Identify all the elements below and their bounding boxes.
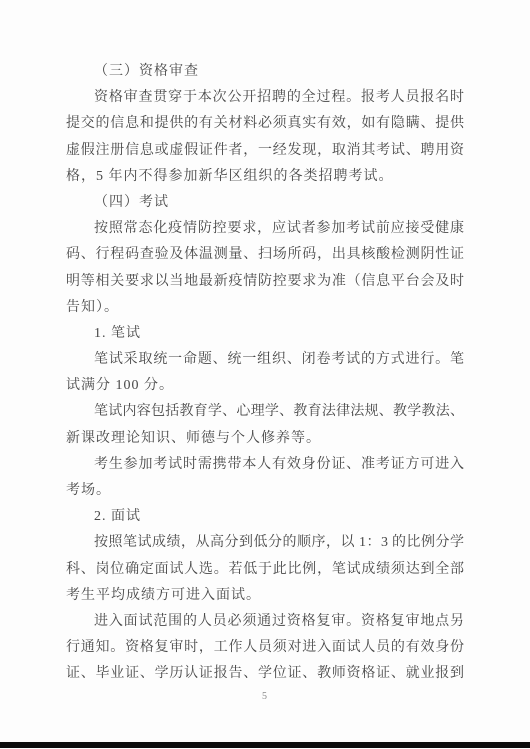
page-number: 5 [0,690,530,704]
text-line: 考生参加考试时需携带本人有效身份证、准考证方可进入 [66,452,464,478]
text-line: 考生平均成绩方可进入面试。 [66,583,464,609]
text-line: 按照常态化疫情防控要求，应试者参加考试前应接受健康 [66,216,464,242]
text-line: 虚假注册信息或虚假证件者，一经发现，取消其考试、聘用资 [66,138,464,164]
text-line: 试满分 100 分。 [66,373,464,399]
text-line: 码、行程码查验及体温测量、扫场所码，出具核酸检测阴性证 [66,242,464,268]
text-line: 资格审查贯穿于本次公开招聘的全过程。报考人员报名时 [66,85,464,111]
text-line: 笔试采取统一命题、统一组织、闭卷考试的方式进行。笔 [66,347,464,373]
subsection-heading: 1. 笔试 [66,321,464,347]
text-line: 格，5 年内不得参加新华区组织的各类招聘考试。 [66,164,464,190]
text-line: 进入面试范围的人员必须通过资格复审。资格复审地点另 [66,609,464,635]
subsection-heading: 2. 面试 [66,504,464,530]
text-line: 证、毕业证、学历认证报告、学位证、教师资格证、就业报到 [66,661,464,687]
text-line: 告知）。 [66,295,464,321]
document-page: （三）资格审查 资格审查贯穿于本次公开招聘的全过程。报考人员报名时 提交的信息和… [0,0,530,749]
text-line: 按照笔试成绩，从高分到低分的顺序，以 1：3 的比例分学 [66,530,464,556]
text-line: 明等相关要求以当地最新疫情防控要求为准（信息平台会及时 [66,269,464,295]
text-line: 考场。 [66,478,464,504]
section-heading: （三）资格审查 [66,59,464,85]
text-line: 科、岗位确定面试人选。若低于此比例，笔试成绩须达到全部 [66,557,464,583]
text-line: 提交的信息和提供的有关材料必须真实有效，如有隐瞒、提供 [66,111,464,137]
scan-edge-artifact [0,742,530,748]
section-heading: （四）考试 [66,190,464,216]
text-line: 新课改理论知识、师德与个人修养等。 [66,426,464,452]
text-line: 行通知。资格复审时，工作人员须对进入面试人员的有效身份 [66,635,464,661]
text-line: 笔试内容包括教育学、心理学、教育法律法规、教学教法、 [66,399,464,425]
document-body: （三）资格审查 资格审查贯穿于本次公开招聘的全过程。报考人员报名时 提交的信息和… [66,59,464,688]
